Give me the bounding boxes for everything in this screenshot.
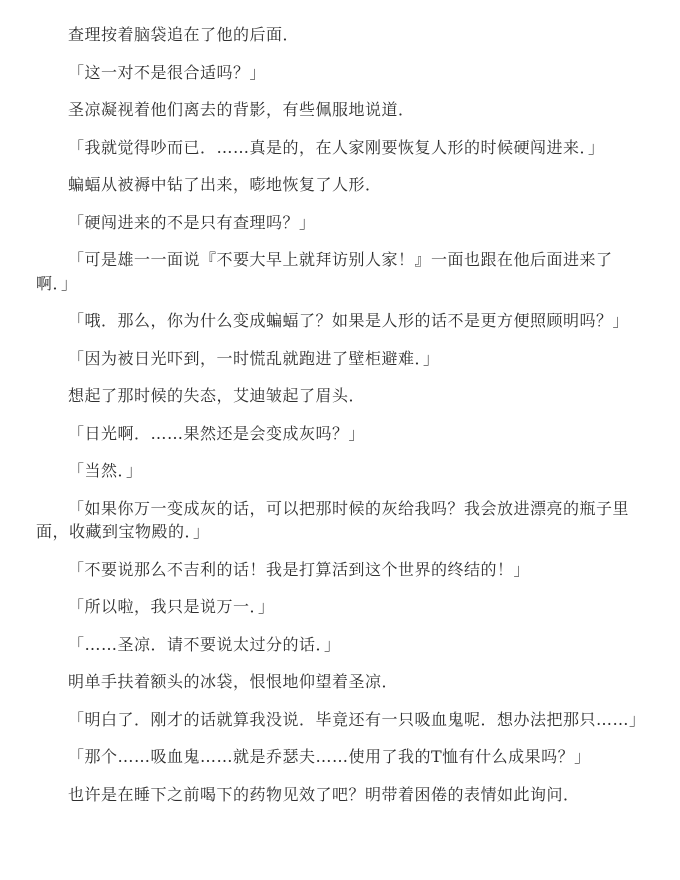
document-page: 查理按着脑袋追在了他的后面．「这一对不是很合适吗？」圣凉凝视着他们离去的背影，有…: [0, 0, 680, 880]
paragraph: 想起了那时候的失态，艾迪皱起了眉头．: [36, 384, 646, 408]
paragraph: 「当然．」: [36, 459, 646, 483]
paragraph: 「可是雄一一面说『不要大早上就拜访别人家！』一面也跟在他后面进来了啊．」: [36, 248, 646, 295]
paragraph: 「这一对不是很合适吗？」: [36, 61, 646, 85]
paragraph: 也许是在睡下之前喝下的药物见效了吧？明带着困倦的表情如此询问．: [36, 783, 646, 807]
text-content: 查理按着脑袋追在了他的后面．「这一对不是很合适吗？」圣凉凝视着他们离去的背影，有…: [36, 23, 646, 806]
paragraph: 「哦．那么，你为什么变成蝙蝠了？如果是人形的话不是更方便照顾明吗？」: [36, 309, 646, 333]
paragraph: 「明白了．刚才的话就算我没说．毕竟还有一只吸血鬼呢．想办法把那只……」: [36, 708, 646, 732]
paragraph: 「硬闯进来的不是只有查理吗？」: [36, 211, 646, 235]
paragraph: 「那个……吸血鬼……就是乔瑟夫……使用了我的T恤有什么成果吗？」: [36, 745, 646, 769]
paragraph: 「因为被日光吓到，一时慌乱就跑进了壁柜避难．」: [36, 347, 646, 371]
paragraph: 圣凉凝视着他们离去的背影，有些佩服地说道．: [36, 98, 646, 122]
paragraph: 「日光啊．……果然还是会变成灰吗？」: [36, 422, 646, 446]
paragraph: 查理按着脑袋追在了他的后面．: [36, 23, 646, 47]
paragraph: 「……圣凉．请不要说太过分的话．」: [36, 633, 646, 657]
paragraph: 「如果你万一变成灰的话，可以把那时候的灰给我吗？我会放进漂亮的瓶子里面，收藏到宝…: [36, 497, 646, 544]
paragraph: 「我就觉得吵而已．……真是的，在人家刚要恢复人形的时候硬闯进来．」: [36, 136, 646, 160]
paragraph: 蝙蝠从被褥中钻了出来，嘭地恢复了人形．: [36, 173, 646, 197]
paragraph: 「所以啦，我只是说万一．」: [36, 595, 646, 619]
paragraph: 「不要说那么不吉利的话！我是打算活到这个世界的终结的！」: [36, 558, 646, 582]
paragraph: 明单手扶着额头的冰袋，恨恨地仰望着圣凉．: [36, 670, 646, 694]
